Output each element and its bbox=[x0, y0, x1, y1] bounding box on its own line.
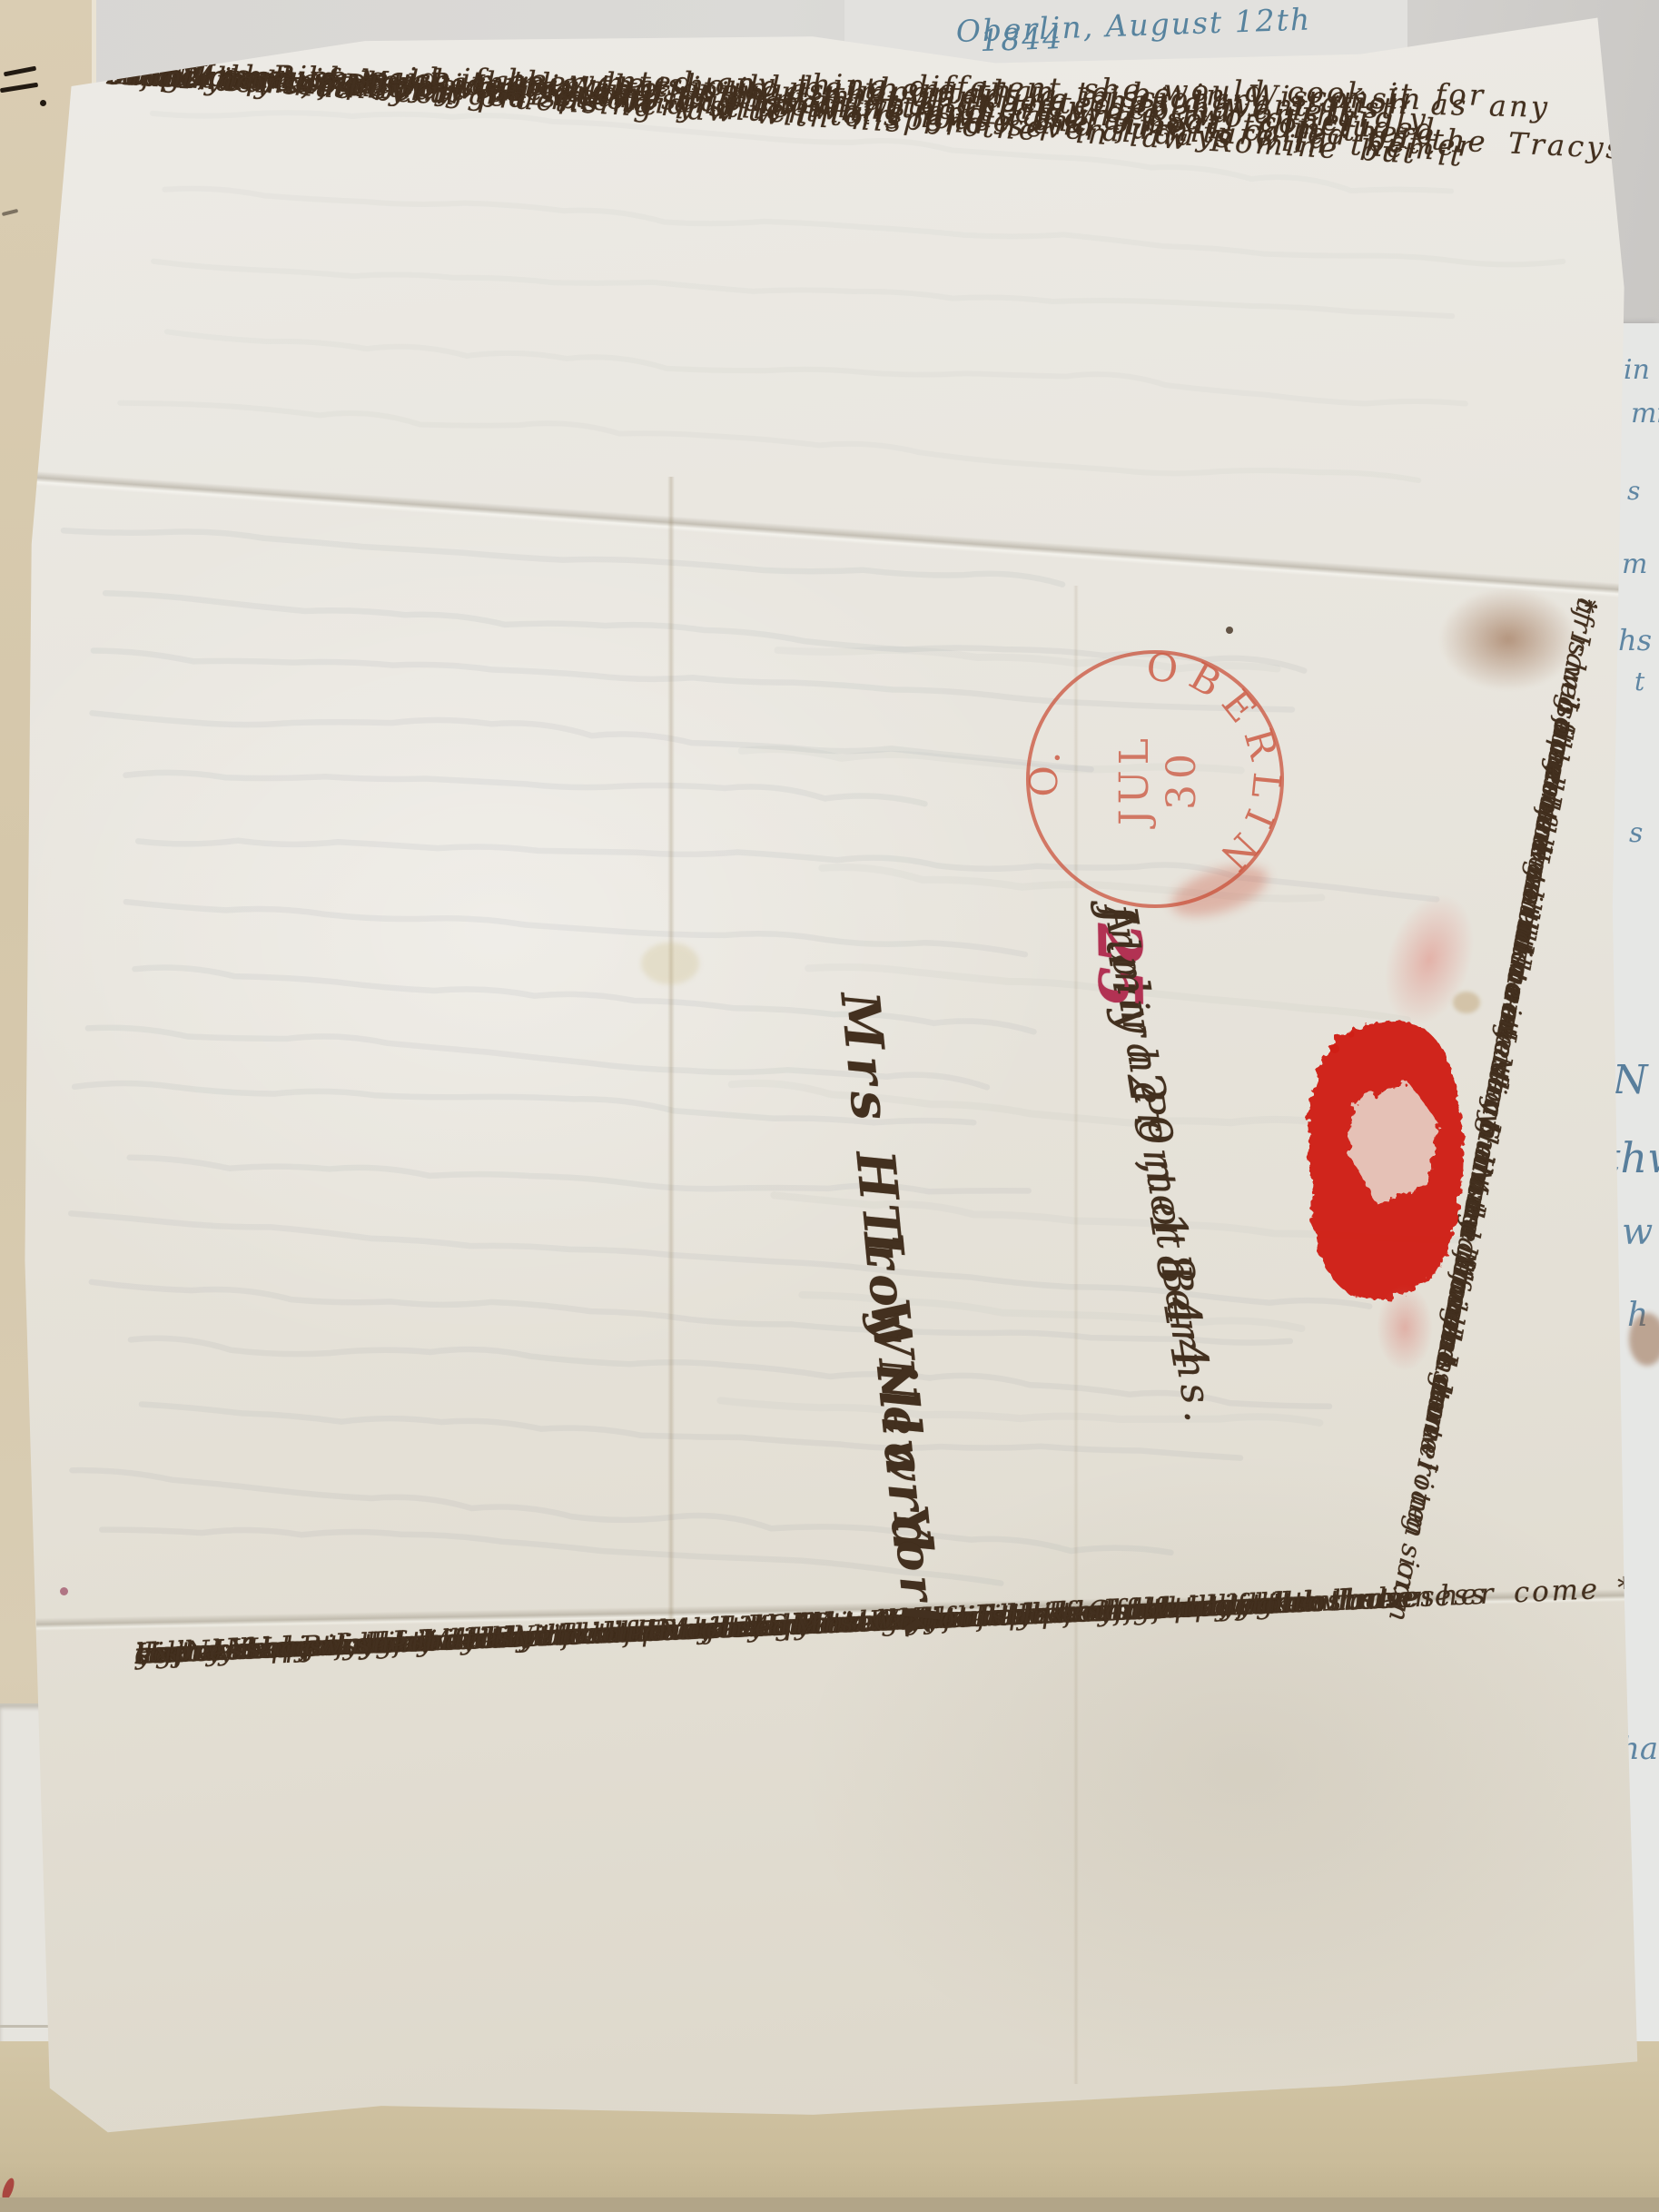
ink-mark bbox=[0, 83, 38, 94]
letter-sheet: but Mrs Rice said if he wanted any thing… bbox=[0, 0, 1659, 2212]
ink-mark bbox=[2, 209, 18, 216]
stain-brown bbox=[1629, 1313, 1659, 1366]
blue-ink-fragment: s bbox=[1627, 476, 1640, 506]
stain bbox=[641, 943, 699, 984]
ink-dot bbox=[60, 1587, 68, 1595]
blue-ink-fragment: mi bbox=[1631, 398, 1659, 430]
wax-seal-smear bbox=[1377, 1284, 1433, 1371]
blue-ink-fragment: hs bbox=[1618, 623, 1652, 657]
blue-ink-fragment: s bbox=[1629, 817, 1643, 849]
postmark-day: 30 bbox=[1159, 748, 1205, 810]
letter-photograph: in mi s m hs t s N thw w h ha Oberlin, A… bbox=[0, 0, 1659, 2212]
blue-date-year: 1844 bbox=[980, 20, 1064, 58]
blue-ink-fragment: t bbox=[1634, 667, 1644, 696]
wax-seal bbox=[1299, 1012, 1476, 1312]
blue-ink-fragment: N bbox=[1613, 1057, 1648, 1103]
postmark-month: JUL bbox=[1111, 733, 1158, 829]
blue-ink-fragment: w bbox=[1622, 1211, 1653, 1253]
svg-text:O.: O. bbox=[1012, 734, 1078, 805]
stain-brown bbox=[1440, 588, 1576, 690]
blue-ink-fragment: in bbox=[1624, 354, 1650, 386]
fold-crease-vertical-left bbox=[667, 477, 675, 1634]
ink-mark bbox=[4, 66, 36, 77]
backing-paper-bottom-edge bbox=[0, 2197, 1659, 2212]
ink-mark bbox=[40, 100, 46, 106]
postmark-state: O. bbox=[1012, 734, 1078, 805]
blue-ink-fragment: m bbox=[1622, 548, 1647, 580]
oberlin-postmark: OBERLIN O. JUL 30 bbox=[999, 623, 1311, 935]
